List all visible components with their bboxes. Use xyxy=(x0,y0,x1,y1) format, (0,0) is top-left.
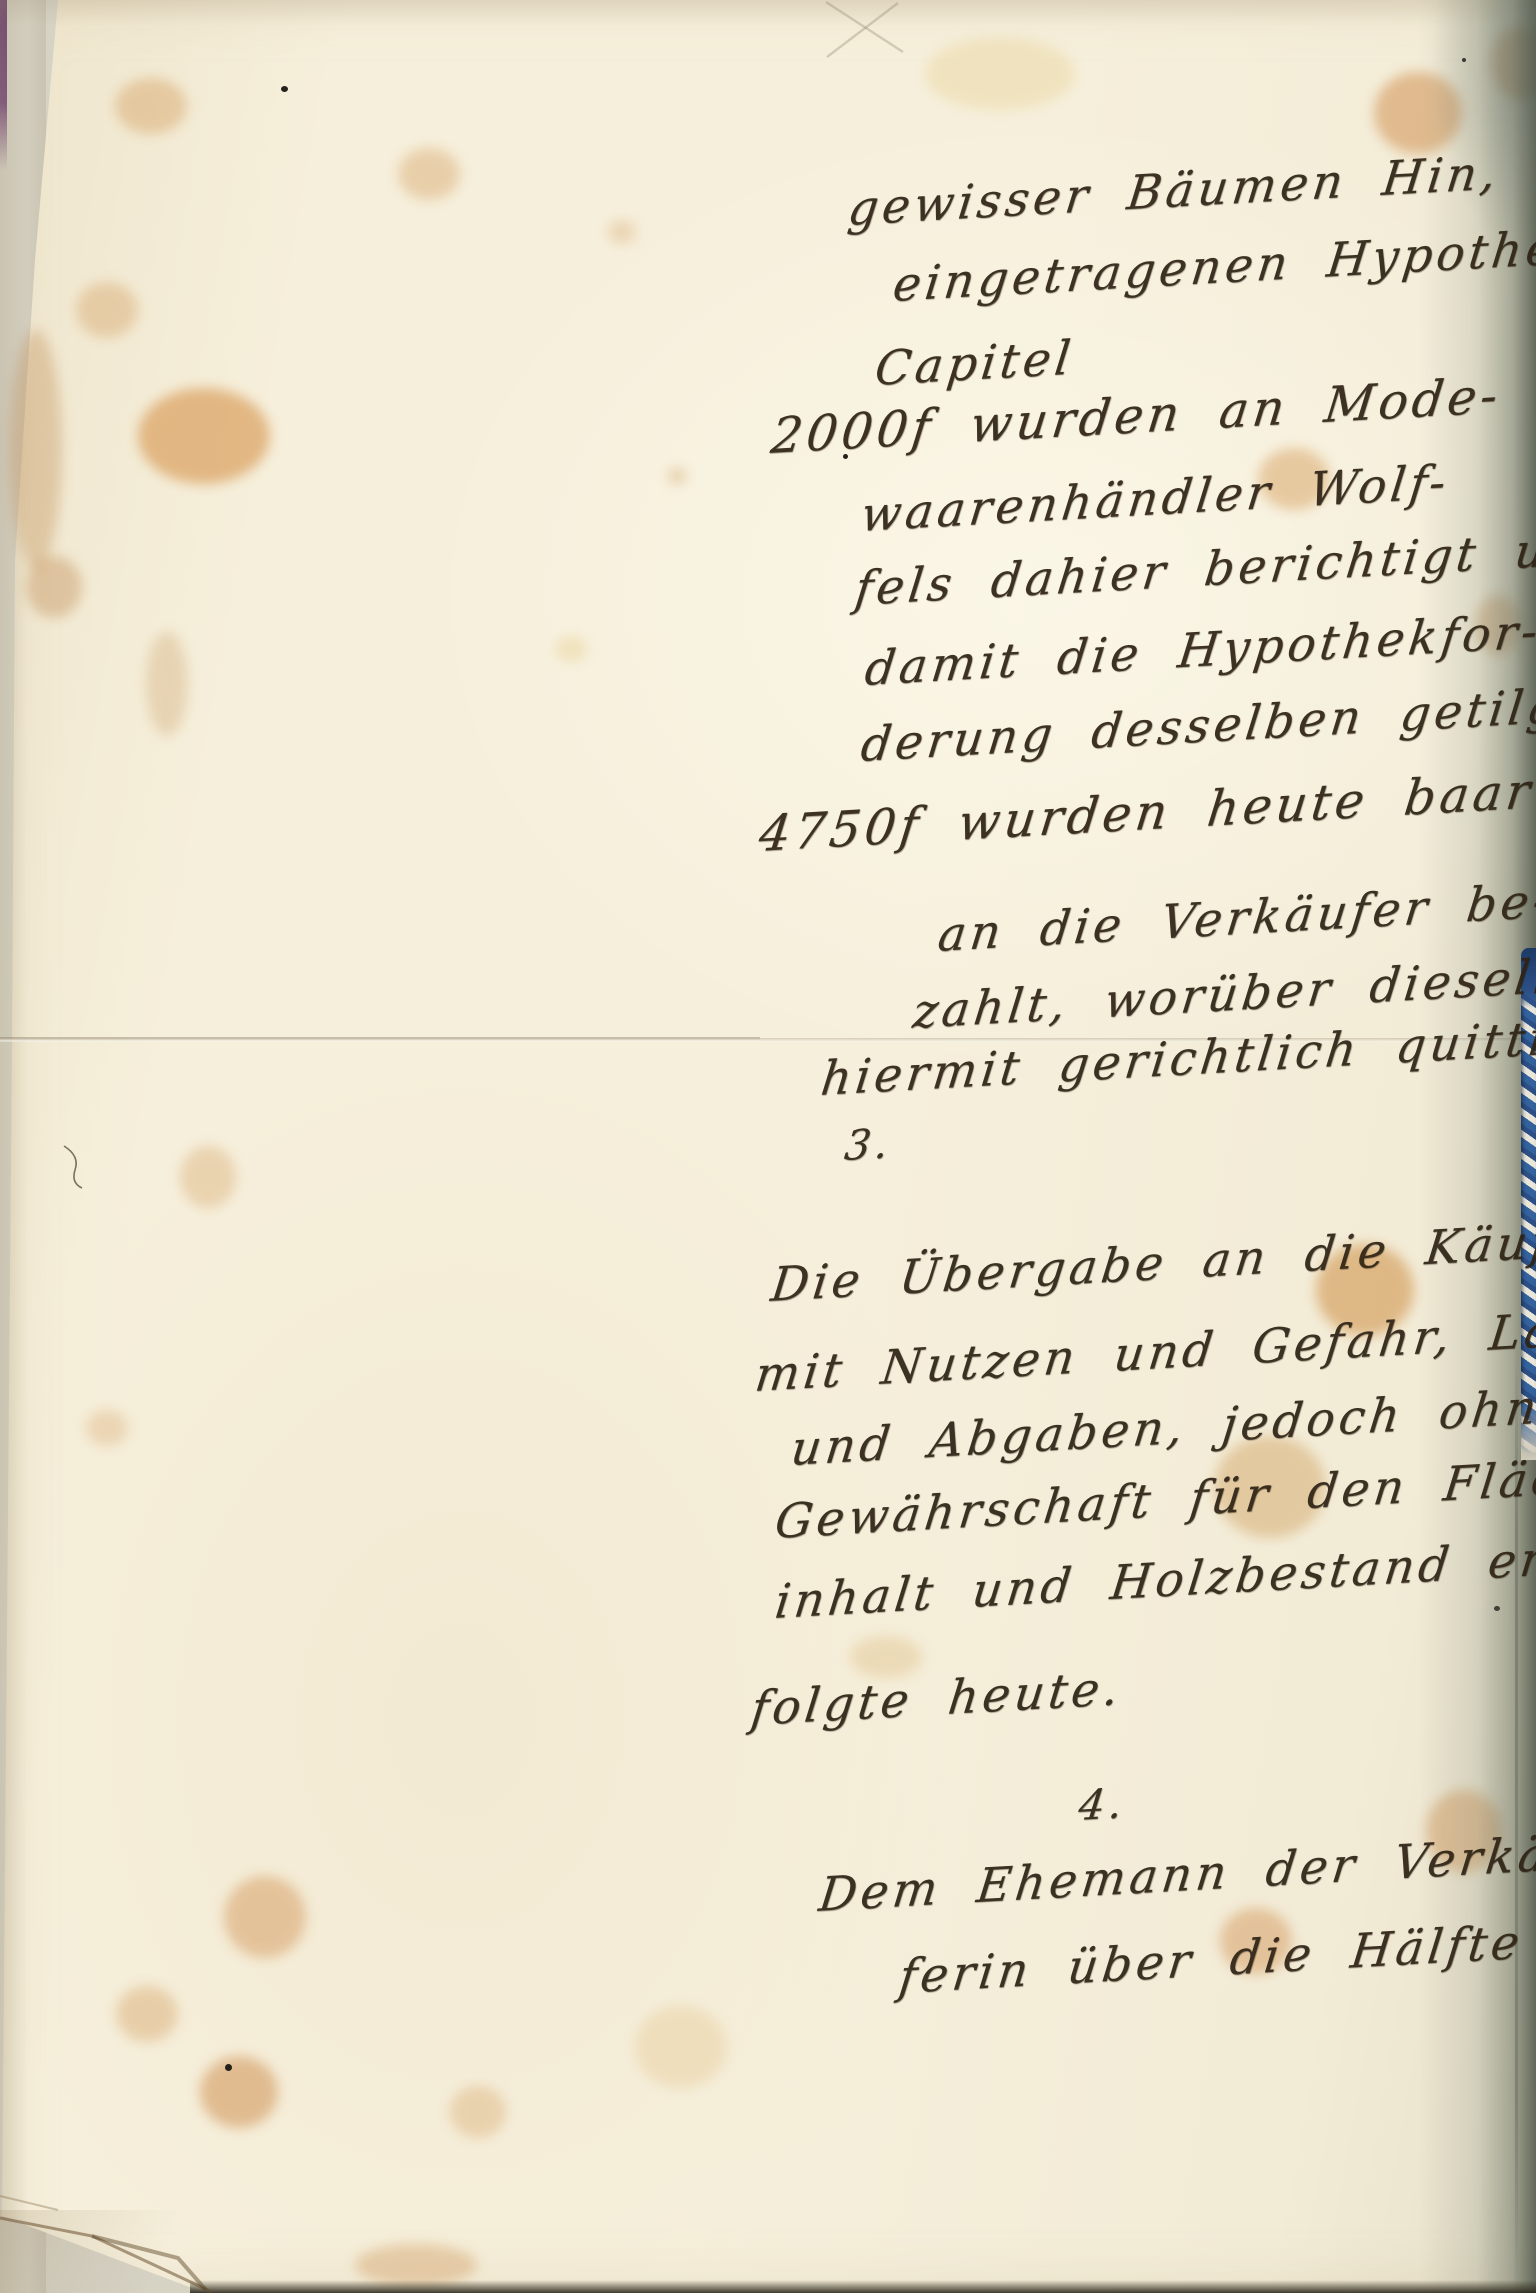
section-number: 4. xyxy=(1076,1779,1129,1830)
binding-cover-sliver xyxy=(0,0,7,170)
scan-bottom-edge xyxy=(190,2280,1536,2293)
section-number: 3. xyxy=(842,1119,895,1170)
manuscript-line: Capitel xyxy=(872,330,1077,397)
scanned-document-page: gewisser Bäumen Hin, eingetragenen Hypot… xyxy=(0,0,1536,2293)
fold-crease-left xyxy=(0,1037,760,1041)
